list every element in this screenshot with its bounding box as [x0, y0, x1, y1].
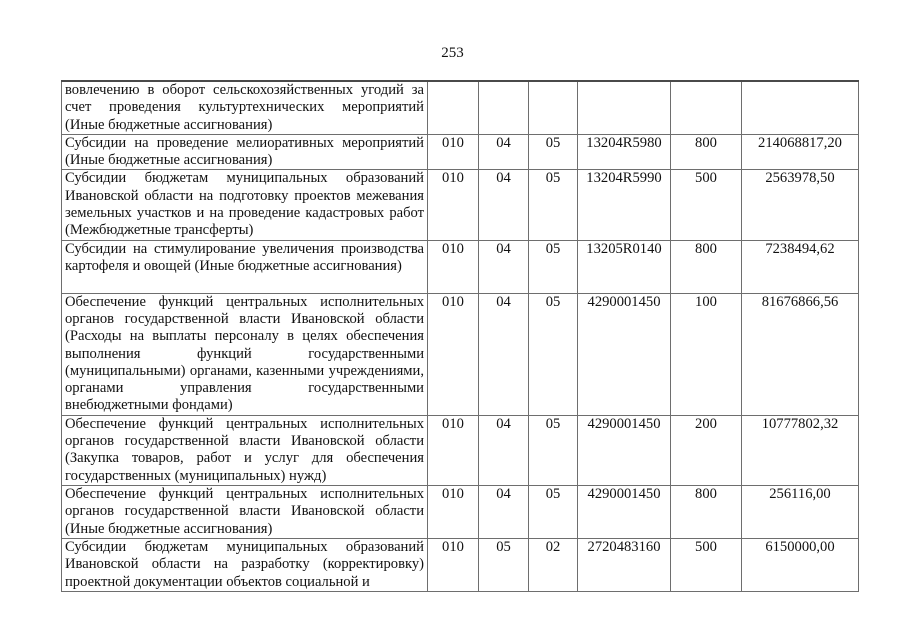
row-expense-type: 200: [671, 415, 742, 485]
row-podrazdel: 05: [529, 240, 578, 293]
row-expense-type: 800: [671, 134, 742, 170]
row-podrazdel: 05: [529, 415, 578, 485]
row-podrazdel: 05: [529, 134, 578, 170]
row-podrazdel: 05: [529, 170, 578, 240]
row-glava: 010: [428, 415, 479, 485]
budget-table: вовлечению в оборот сельскохозяйственных…: [61, 80, 859, 592]
row-target-article: 4290001450: [578, 415, 671, 485]
row-sum: [742, 81, 859, 134]
row-glava: [428, 81, 479, 134]
row-description: Субсидии бюджетам муниципальных образова…: [62, 170, 428, 240]
row-description: Субсидии на стимулирование увеличения пр…: [62, 240, 428, 293]
row-target-article: 13205R0140: [578, 240, 671, 293]
row-razdel: [479, 81, 529, 134]
row-target-article: 13204R5990: [578, 170, 671, 240]
row-glava: 010: [428, 134, 479, 170]
table-row: вовлечению в оборот сельскохозяйственных…: [62, 81, 859, 134]
row-expense-type: 800: [671, 240, 742, 293]
row-glava: 010: [428, 538, 479, 591]
row-expense-type: [671, 81, 742, 134]
row-sum: 2563978,50: [742, 170, 859, 240]
row-description: Обеспечение функций центральных исполнит…: [62, 293, 428, 415]
row-glava: 010: [428, 170, 479, 240]
row-sum: 214068817,20: [742, 134, 859, 170]
row-razdel: 04: [479, 170, 529, 240]
row-target-article: 2720483160: [578, 538, 671, 591]
table-row: Субсидии бюджетам муниципальных образова…: [62, 170, 859, 240]
row-expense-type: 800: [671, 485, 742, 538]
row-target-article: 13204R5980: [578, 134, 671, 170]
row-description: вовлечению в оборот сельскохозяйственных…: [62, 81, 428, 134]
row-target-article: [578, 81, 671, 134]
row-target-article: 4290001450: [578, 485, 671, 538]
row-target-article: 4290001450: [578, 293, 671, 415]
table-row: Субсидии бюджетам муниципальных образова…: [62, 538, 859, 591]
row-podrazdel: 05: [529, 485, 578, 538]
table-row: Субсидии на проведение мелиоративных мер…: [62, 134, 859, 170]
row-podrazdel: 02: [529, 538, 578, 591]
row-expense-type: 500: [671, 538, 742, 591]
row-expense-type: 500: [671, 170, 742, 240]
row-description: Обеспечение функций центральных исполнит…: [62, 485, 428, 538]
row-razdel: 04: [479, 240, 529, 293]
row-expense-type: 100: [671, 293, 742, 415]
row-razdel: 04: [479, 134, 529, 170]
row-razdel: 04: [479, 485, 529, 538]
row-razdel: 05: [479, 538, 529, 591]
row-podrazdel: [529, 81, 578, 134]
row-description: Субсидии на проведение мелиоративных мер…: [62, 134, 428, 170]
row-razdel: 04: [479, 293, 529, 415]
row-sum: 81676866,56: [742, 293, 859, 415]
page-number: 253: [0, 44, 905, 62]
row-razdel: 04: [479, 415, 529, 485]
row-sum: 256116,00: [742, 485, 859, 538]
row-glava: 010: [428, 240, 479, 293]
table-row: Обеспечение функций центральных исполнит…: [62, 415, 859, 485]
row-sum: 10777802,32: [742, 415, 859, 485]
table-row: Обеспечение функций центральных исполнит…: [62, 485, 859, 538]
row-podrazdel: 05: [529, 293, 578, 415]
table-row: Субсидии на стимулирование увеличения пр…: [62, 240, 859, 293]
row-sum: 7238494,62: [742, 240, 859, 293]
table-row: Обеспечение функций центральных исполнит…: [62, 293, 859, 415]
row-description: Обеспечение функций центральных исполнит…: [62, 415, 428, 485]
row-glava: 010: [428, 485, 479, 538]
row-description: Субсидии бюджетам муниципальных образова…: [62, 538, 428, 591]
row-glava: 010: [428, 293, 479, 415]
row-sum: 6150000,00: [742, 538, 859, 591]
